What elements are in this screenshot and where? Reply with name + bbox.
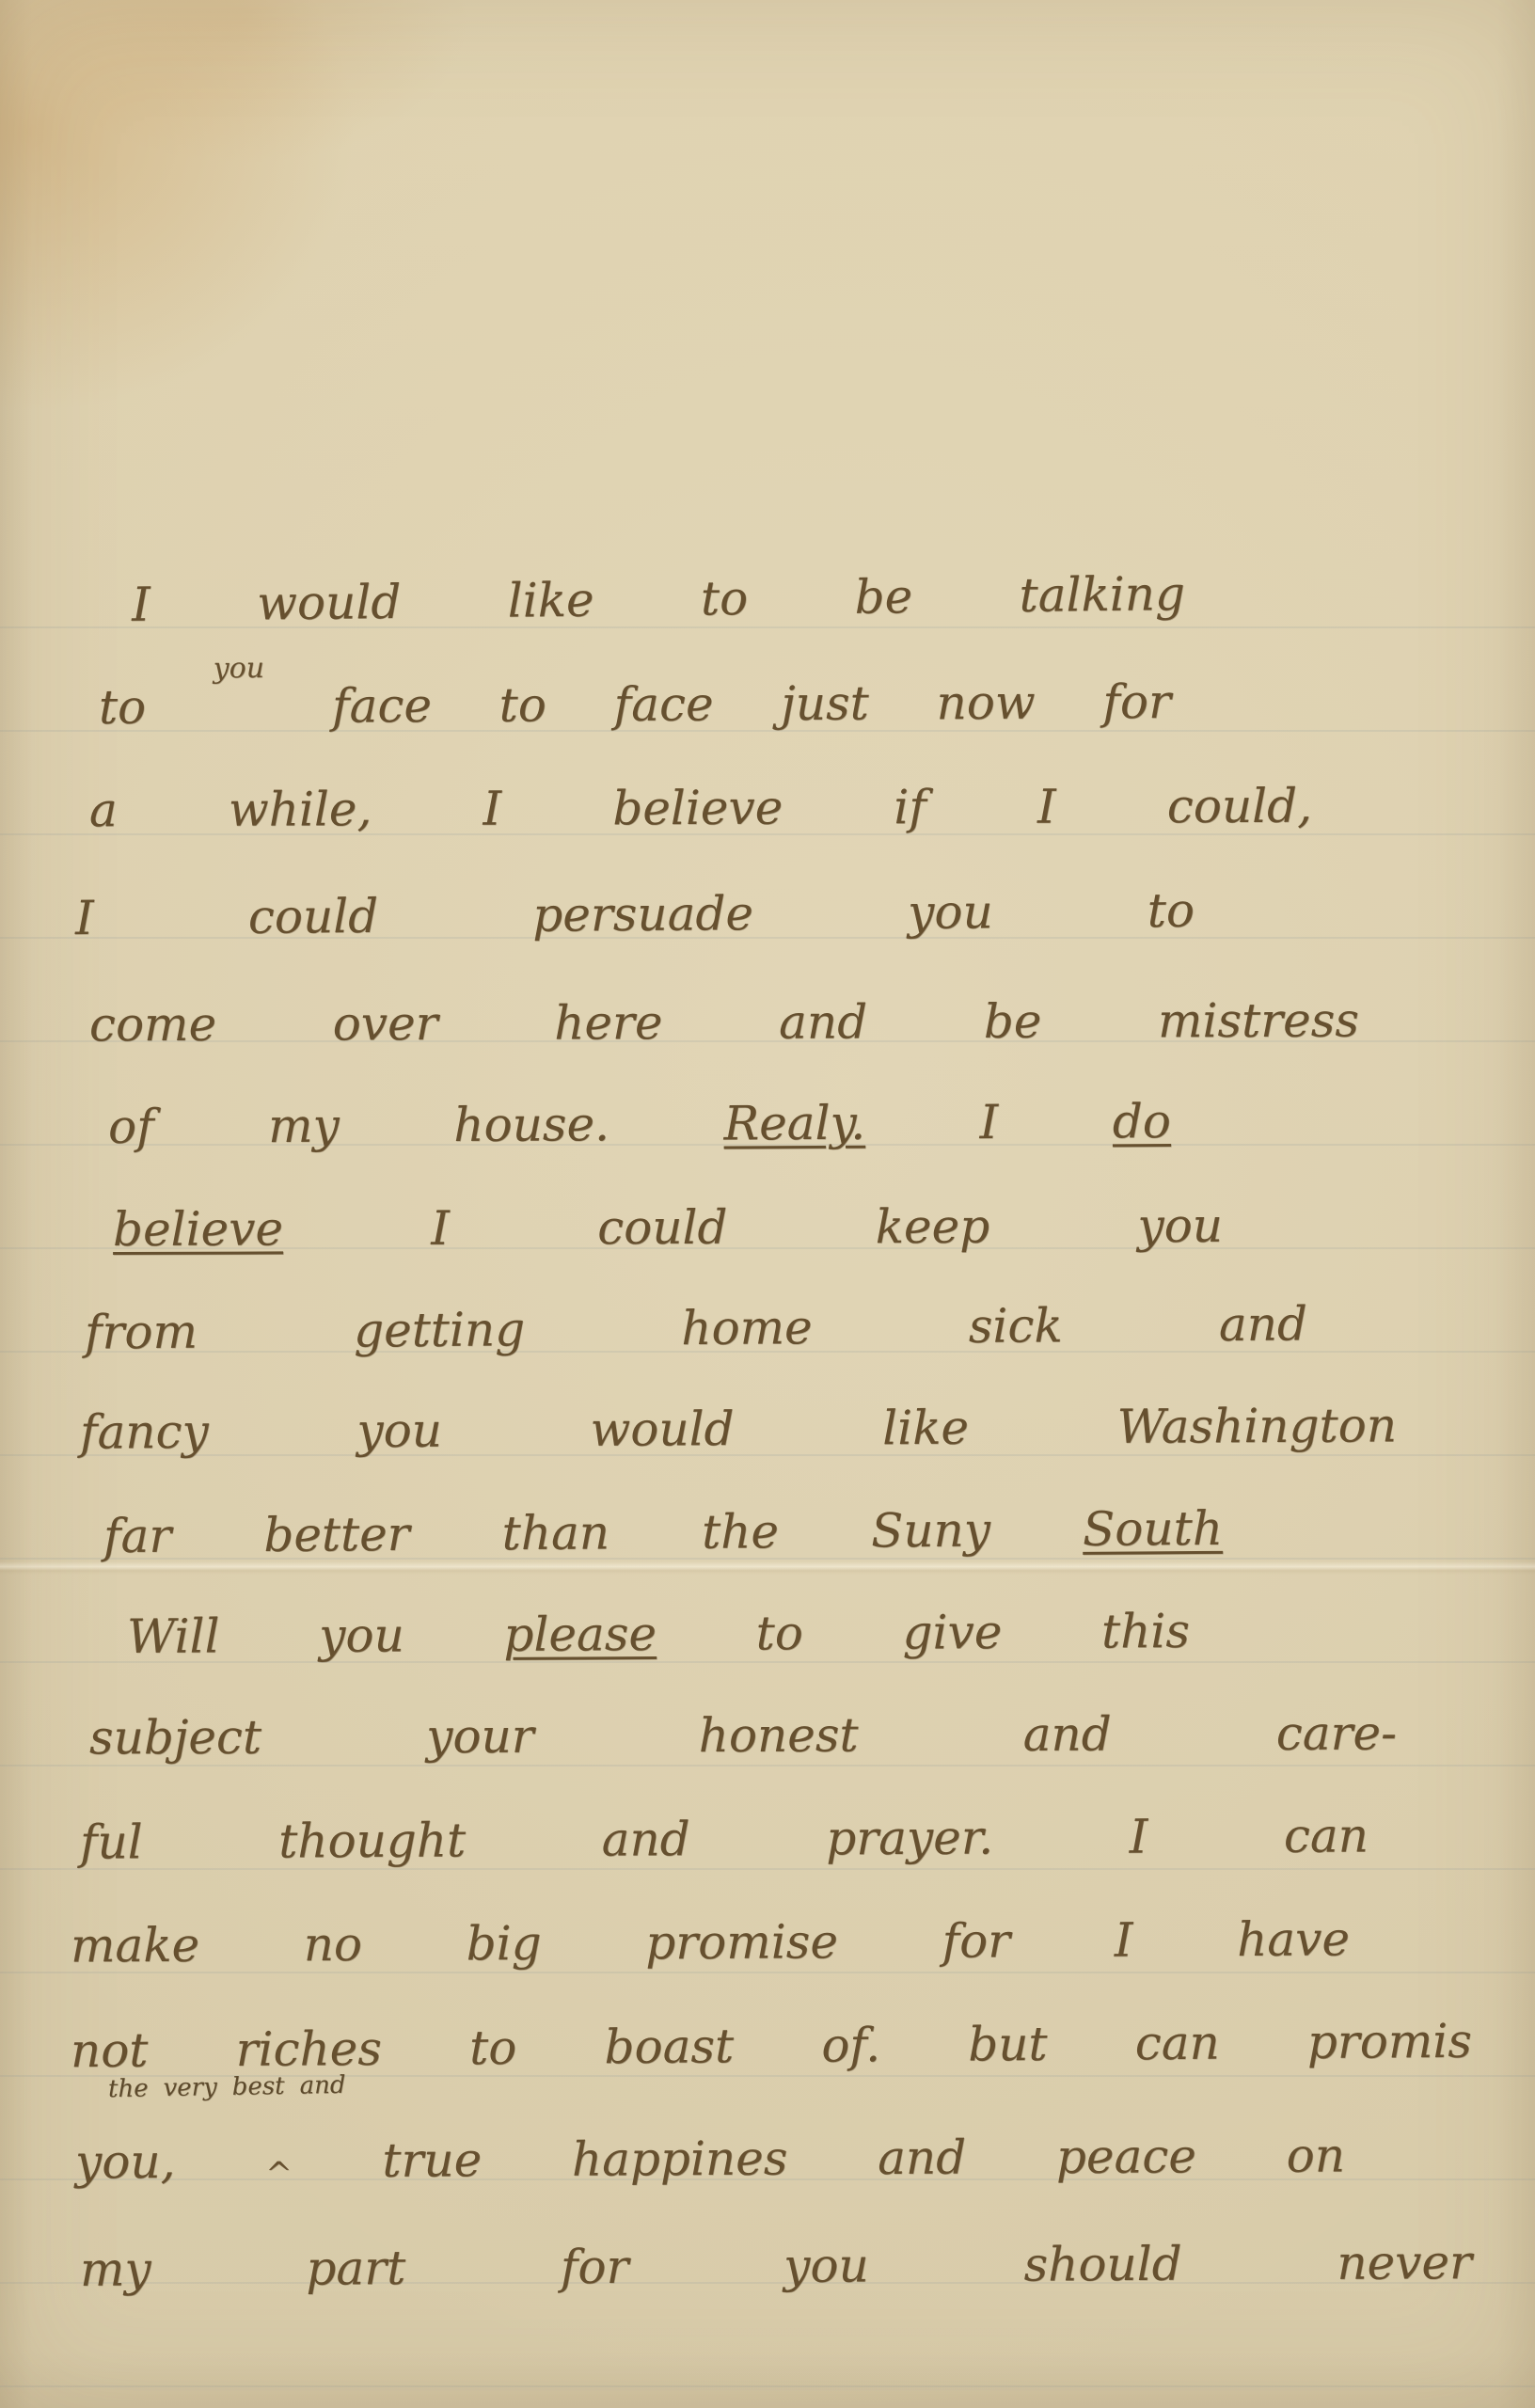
handwritten-word: part — [306, 2233, 405, 2305]
handwritten-word: South — [1083, 1494, 1223, 1565]
handwritten-word: boast — [604, 2011, 734, 2083]
handwriting-line: fancyyouwouldlikeWashington — [80, 1390, 1397, 1467]
handwriting-line: makenobigpromiseforIhave — [71, 1904, 1350, 1981]
handwritten-word: getting — [354, 1294, 526, 1366]
insertion-caret: ^ — [265, 2150, 293, 2221]
handwritten-word: no — [304, 1909, 363, 1980]
handwritten-word: happines — [572, 2124, 788, 2195]
handwriting-line: farbetterthantheSunySouth — [103, 1494, 1223, 1572]
handwriting-line: Willyoupleasetogivethis — [127, 1596, 1190, 1672]
handwritten-word: and — [1023, 1700, 1112, 1770]
handwritten-word: you — [319, 1600, 404, 1671]
handwritten-word: honest — [699, 1701, 859, 1772]
handwritten-word: be — [854, 562, 912, 633]
handwritten-word: Suny — [871, 1496, 990, 1567]
handwritten-word: home — [681, 1292, 813, 1364]
handwritten-word: and — [1219, 1289, 1308, 1360]
handwritten-word: can — [1134, 2008, 1220, 2080]
handwritten-word: house. — [453, 1089, 609, 1161]
handwritten-word: sick — [969, 1291, 1063, 1362]
handwritten-word: care- — [1276, 1699, 1397, 1769]
handwriting-line: comeoverhereandbemistress — [89, 986, 1359, 1061]
handwritten-word: here — [554, 988, 663, 1058]
handwriting-line: toyoufacetofacejustnowfor — [99, 667, 1171, 743]
inserted-word: you — [214, 647, 265, 718]
handwritten-word: you — [783, 2230, 869, 2301]
handwritten-word: but — [968, 2009, 1048, 2081]
handwritten-word: come — [89, 990, 216, 1060]
handwriting-line: fromgettinghomesickand — [85, 1289, 1307, 1368]
handwritten-word: fancy — [80, 1397, 209, 1468]
letter-page: Iwouldliketobetalkingtoyoufacetofacejust… — [0, 0, 1535, 2408]
handwritten-word: from — [85, 1297, 198, 1369]
handwritten-word: for — [561, 2232, 629, 2303]
handwritten-word: I — [1037, 772, 1056, 843]
handwritten-word: do — [1113, 1086, 1172, 1157]
handwritten-word: your — [426, 1702, 534, 1772]
handwriting-line: subjectyourhonestandcare- — [89, 1699, 1397, 1774]
handwritten-word: I — [1129, 1802, 1147, 1873]
handwritten-word: very — [163, 2069, 217, 2107]
handwritten-word: my — [80, 2234, 151, 2305]
handwritten-word: face — [332, 671, 432, 742]
handwritten-word: and — [779, 987, 867, 1057]
handwritten-word: and — [878, 2123, 966, 2194]
handwritten-word: I — [483, 774, 501, 845]
handwriting-line: ofmyhouse.Realy.Ido — [108, 1086, 1171, 1163]
handwritten-word: prayer. — [826, 1803, 993, 1875]
handwritten-word: this — [1101, 1596, 1190, 1667]
handwritten-word: believe — [612, 773, 783, 845]
handwritten-word: to — [701, 563, 749, 635]
handwritten-word: promis — [1307, 2006, 1473, 2078]
handwritten-word: I — [132, 570, 151, 641]
handwritten-word: please — [503, 1599, 657, 1671]
handwritten-word: and — [299, 2067, 346, 2105]
handwritten-word: would — [257, 567, 402, 640]
handwritten-word: and — [601, 1804, 689, 1875]
handwritten-word: to — [755, 1598, 803, 1669]
handwritten-word: can — [1284, 1800, 1369, 1871]
handwritten-word: to — [1147, 876, 1195, 946]
handwritten-word: give — [902, 1597, 1002, 1669]
handwritten-word: be — [984, 987, 1042, 1057]
handwritten-word: could — [597, 1193, 728, 1263]
handwritten-word: my — [268, 1091, 340, 1162]
handwritten-word: of. — [821, 2010, 880, 2081]
handwritten-word: like — [882, 1393, 969, 1464]
handwriting-line: awhile,IbelieveifIcould, — [89, 771, 1312, 847]
handwritten-word: best — [231, 2068, 285, 2106]
handwritten-word: subject — [89, 1703, 261, 1774]
handwritten-word: could — [248, 881, 379, 953]
handwritten-word: now — [936, 668, 1036, 739]
handwritten-word: I — [431, 1194, 450, 1264]
handwritten-word: persuade — [532, 879, 753, 951]
handwritten-word: if — [894, 772, 926, 843]
inserted-interline-text: theverybestand — [108, 2067, 346, 2108]
handwritten-word: big — [466, 1909, 541, 1979]
handwritten-word: make — [71, 1910, 200, 1982]
handwritten-word: than — [501, 1497, 609, 1569]
handwritten-word: thought — [278, 1805, 466, 1877]
handwritten-word: keep — [876, 1192, 990, 1262]
handwritten-word: I — [1115, 1906, 1133, 1976]
handwritten-word: mistress — [1158, 986, 1359, 1057]
handwriting-line: believeIcouldkeepyou — [113, 1191, 1223, 1265]
handwritten-word: believe — [113, 1194, 283, 1265]
handwritten-word: promise — [645, 1907, 838, 1978]
handwriting-line: Icouldpersuadeyouto — [75, 876, 1195, 954]
handwritten-word: Washington — [1116, 1390, 1397, 1463]
handwritten-word: like — [507, 565, 594, 637]
handwritten-word: face — [613, 670, 713, 741]
handwritten-word: have — [1237, 1904, 1350, 1975]
handwritten-word: to — [99, 673, 147, 743]
handwritten-word: you, — [75, 2127, 176, 2198]
handwritten-word: the — [702, 1497, 779, 1568]
handwritten-word: you — [1137, 1191, 1223, 1261]
handwritten-word: I — [75, 883, 94, 954]
handwritten-word: over — [333, 989, 438, 1059]
handwritten-word: would — [590, 1394, 735, 1465]
handwritten-word: could, — [1167, 771, 1312, 843]
handwritten-word: far — [103, 1501, 172, 1573]
handwritten-word: the — [108, 2070, 149, 2108]
handwriting-line: fulthoughtandprayer.Ican — [80, 1800, 1369, 1877]
handwritten-word: true — [382, 2125, 482, 2196]
handwritten-word: to — [469, 2013, 517, 2083]
handwriting-line: mypartforyoushouldnever — [80, 2227, 1472, 2305]
handwritten-word: just — [781, 669, 869, 739]
handwritten-word: I — [979, 1087, 998, 1158]
handwritten-word: while, — [229, 774, 372, 846]
handwritten-word: you — [908, 877, 993, 948]
handwritten-word: talking — [1019, 559, 1185, 631]
handwritten-word: peace — [1056, 2121, 1196, 2193]
handwritten-word: of — [108, 1092, 154, 1163]
handwritten-word: to — [499, 670, 547, 740]
handwritten-word: on — [1286, 2120, 1345, 2191]
handwritten-word: for — [942, 1906, 1010, 1976]
handwritten-word: ful — [80, 1807, 143, 1877]
handwritten-word: you — [356, 1396, 442, 1466]
handwritten-word: better — [263, 1499, 410, 1571]
handwritten-word: Realy. — [723, 1088, 865, 1160]
handwritten-word: should — [1023, 2229, 1182, 2301]
handwritten-word: for — [1102, 667, 1171, 737]
handwritten-word: Will — [127, 1601, 220, 1672]
handwritten-word: a — [89, 775, 118, 846]
handwriting-line: you,^truehappinesandpeaceon — [75, 2120, 1345, 2197]
handwritten-word: never — [1337, 2227, 1472, 2299]
handwriting-line: Iwouldliketobetalking — [132, 559, 1186, 641]
